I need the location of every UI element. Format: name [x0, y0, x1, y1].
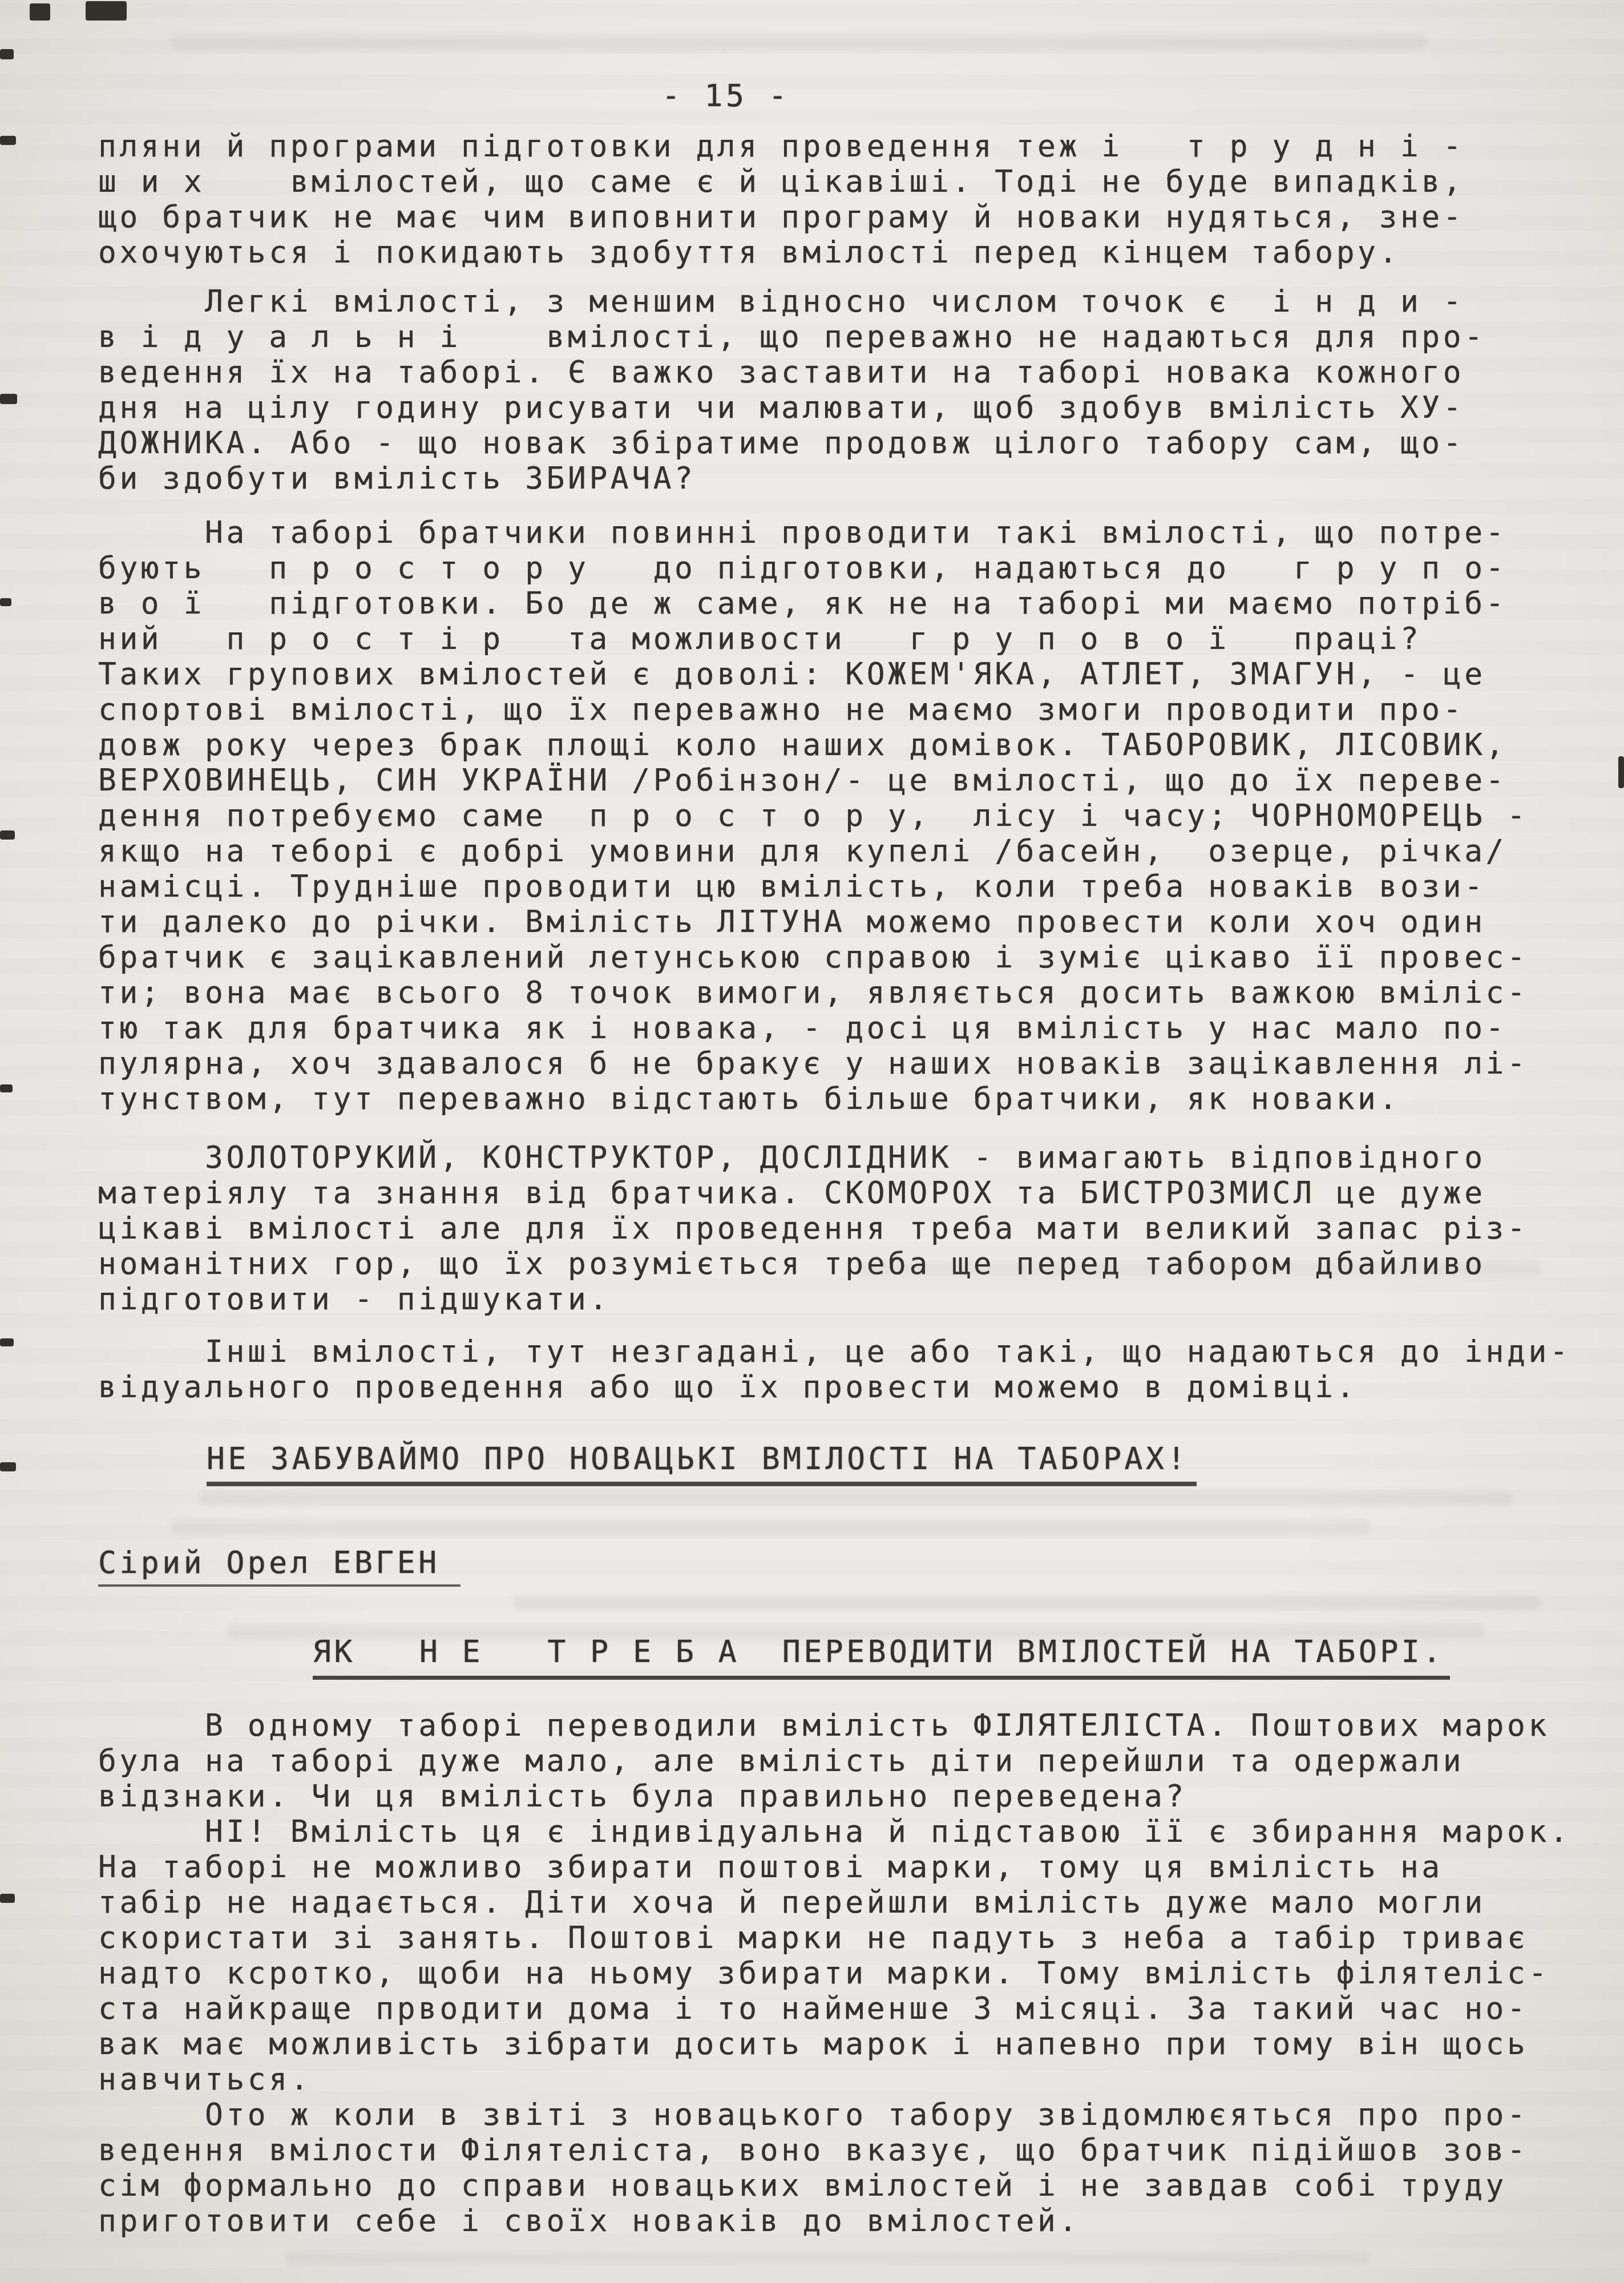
scanned-document-page: - 15 - пляни й програми підготовки для п…: [0, 0, 1624, 2283]
scan-artifact: [0, 136, 16, 145]
scan-artifact: [0, 598, 11, 606]
page-number: - 15 -: [13, 79, 1439, 114]
paragraph-2: Легкі вмілості, з меншим відносно числом…: [98, 284, 1624, 497]
scan-artifact: [0, 1338, 14, 1346]
bleed-through-smudge: [228, 1624, 1484, 1639]
paragraph-5: Інші вмілості, тут незгадані, це або так…: [98, 1334, 1624, 1405]
paragraph-1: пляни й програми підготовки для проведен…: [98, 129, 1624, 271]
bleed-through-smudge: [171, 1519, 1370, 1534]
bleed-through-smudge: [285, 2252, 1370, 2265]
byline-row: Сірий Орел ЕВГЕН: [98, 1546, 1624, 1587]
scan-artifact: [0, 1462, 16, 1471]
scan-artifact: [0, 1084, 13, 1092]
scan-artifact: [0, 49, 14, 59]
paragraph-6: В одному таборі переводили вмілість ФІЛЯ…: [98, 1708, 1624, 2239]
reminder-heading-row: НЕ ЗАБУВАЙМО ПРО НОВАЦЬКІ ВМІЛОСТІ НА ТА…: [98, 1442, 1624, 1486]
bleed-through-smudge: [200, 1491, 1512, 1506]
author-byline: Сірий Орел ЕВГЕН: [98, 1546, 460, 1587]
bleed-through-smudge: [171, 34, 1427, 50]
article-title-row: ЯК Н Е Т Р Е Б А ПЕРЕВОДИТИ ВМІЛОСТЕЙ НА…: [98, 1635, 1624, 1680]
scan-artifact: [0, 1894, 15, 1903]
bleed-through-smudge: [514, 1595, 1541, 1610]
paragraph-3: На таборі братчики повинні проводити так…: [98, 515, 1624, 1117]
paragraph-4: ЗОЛОТОРУКИЙ, КОНСТРУКТОР, ДОСЛІДНИК - ви…: [98, 1140, 1624, 1317]
scan-artifact: [30, 3, 50, 21]
article-title: ЯК Н Е Т Р Е Б А ПЕРЕВОДИТИ ВМІЛОСТЕЙ НА…: [313, 1635, 1450, 1680]
scan-artifact: [86, 1, 127, 21]
scan-artifact: [0, 394, 17, 404]
reminder-heading: НЕ ЗАБУВАЙМО ПРО НОВАЦЬКІ ВМІЛОСТІ НА ТА…: [207, 1442, 1197, 1486]
scan-artifact: [0, 830, 15, 840]
